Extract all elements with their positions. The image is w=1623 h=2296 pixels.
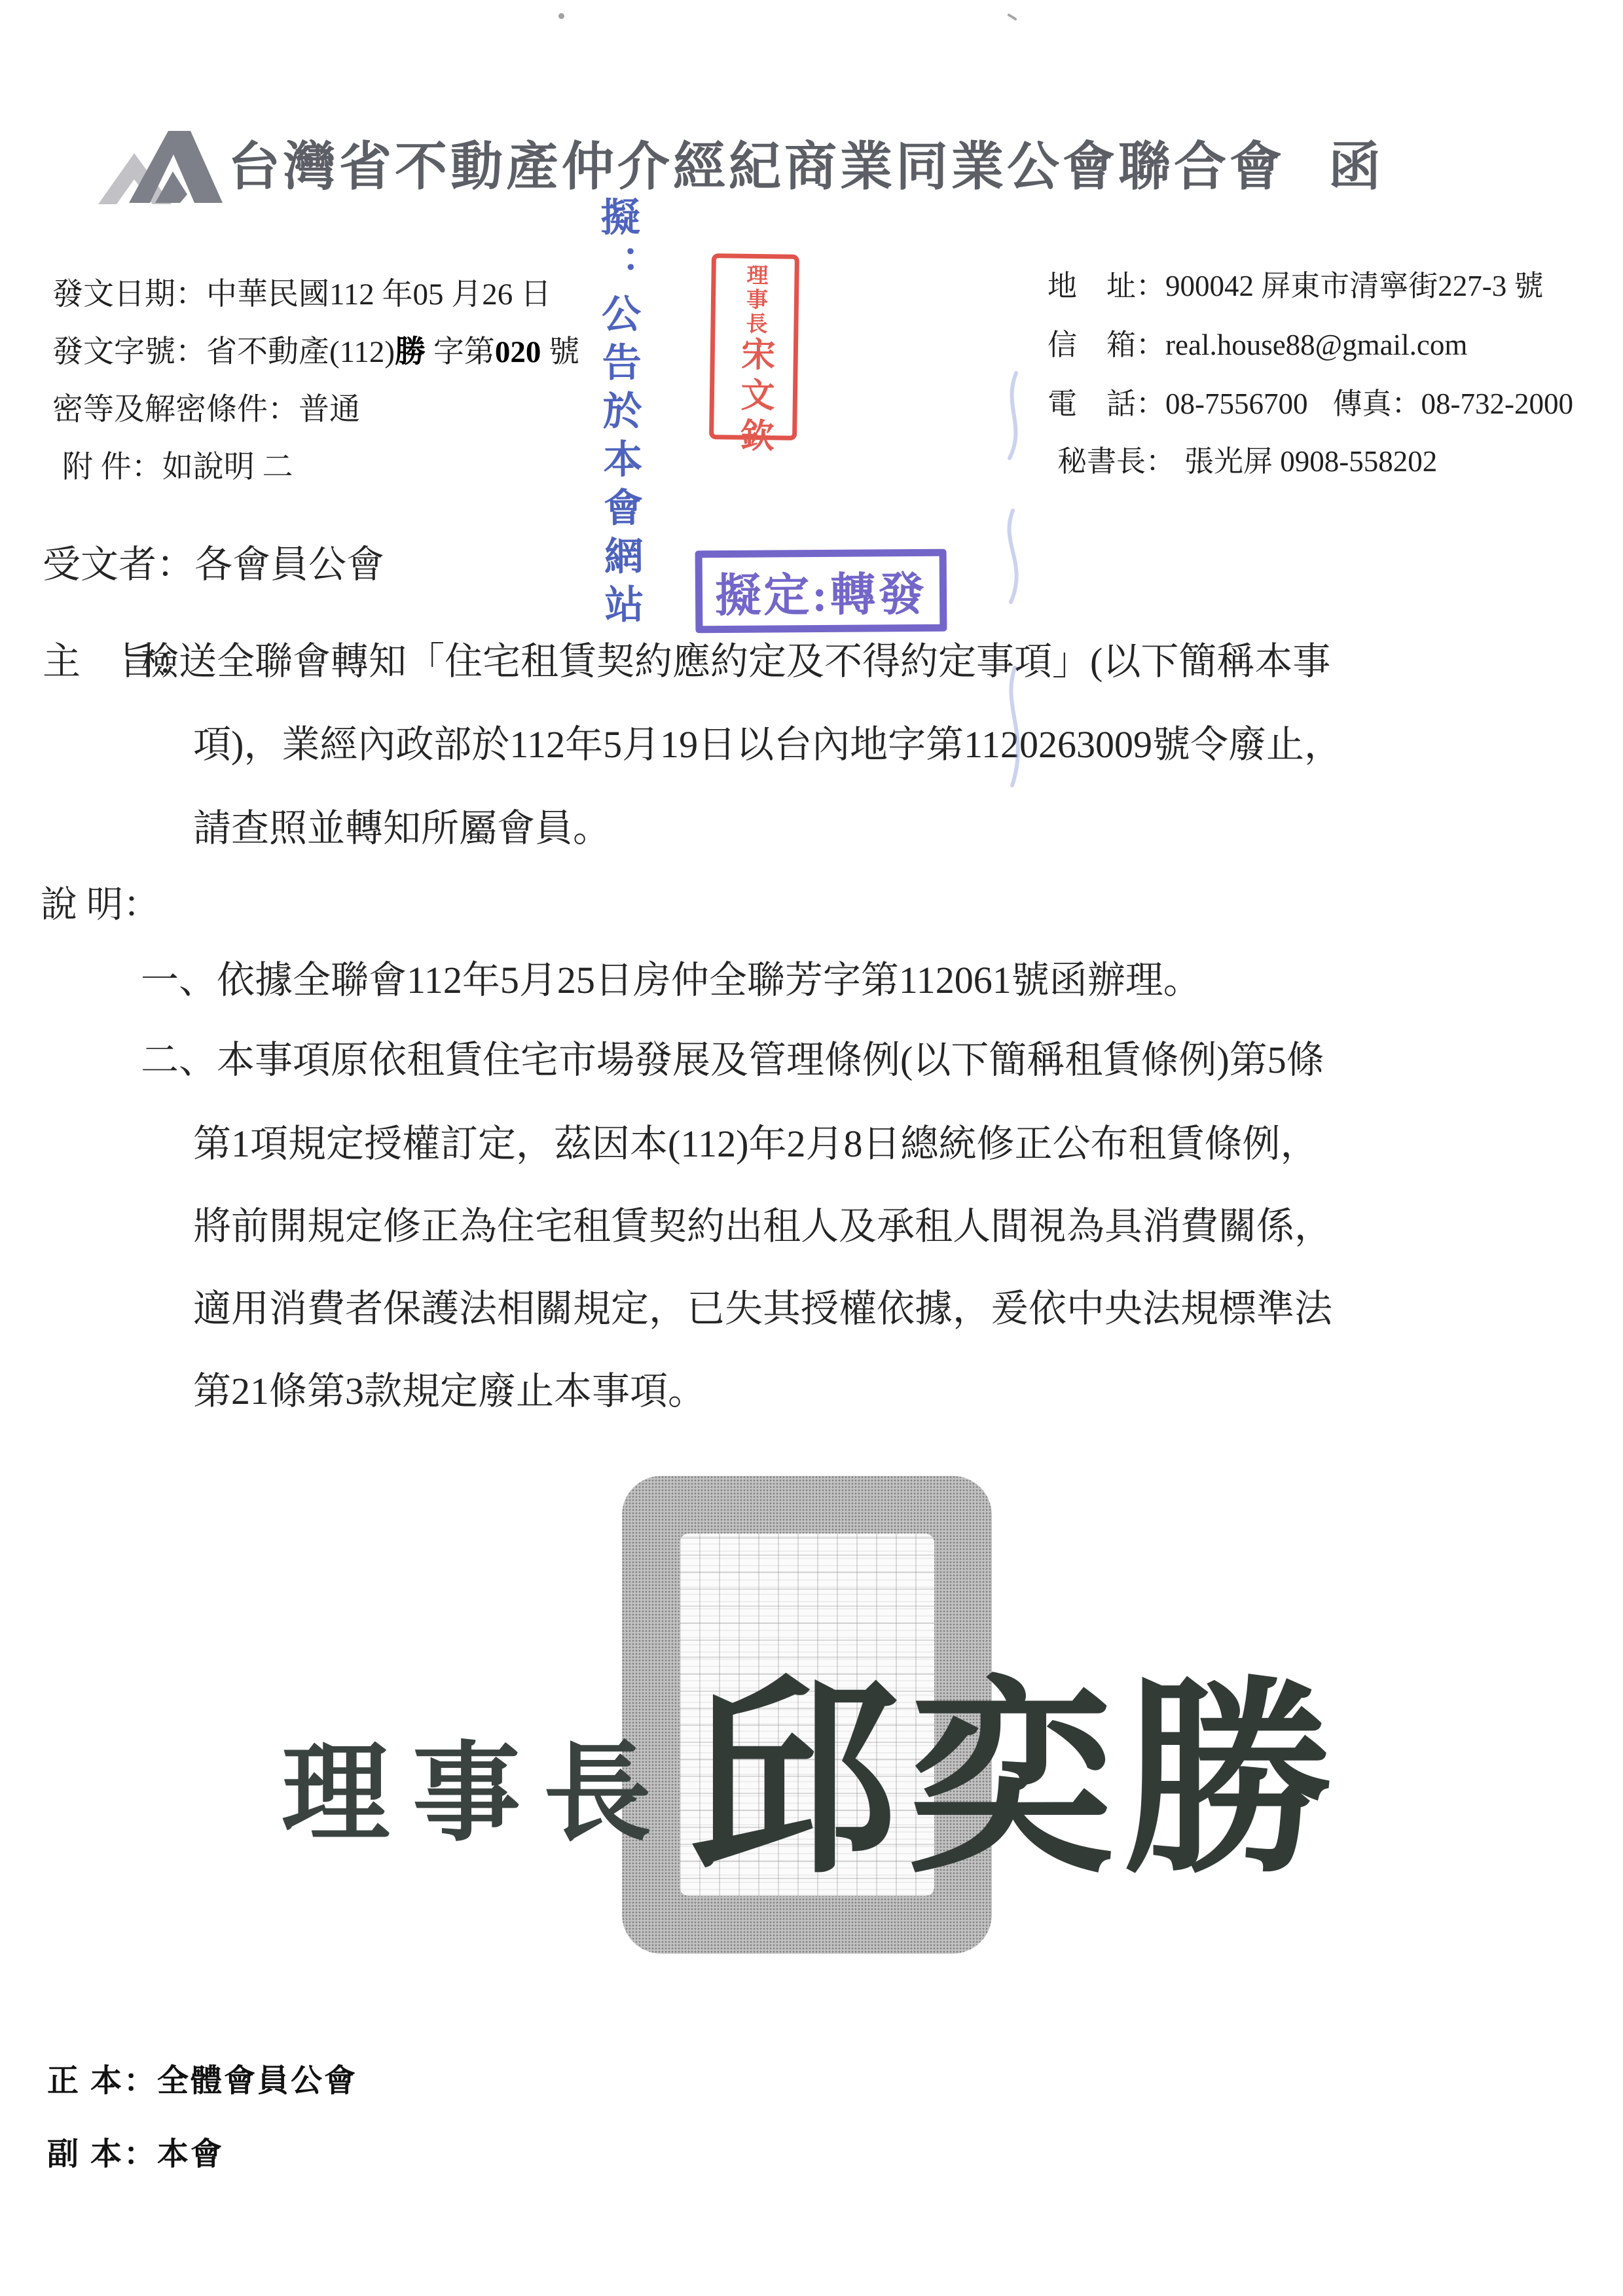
subject-line-2: 項)，業經內政部於112年5月19日以台內地字第1120263009號令廢止， [193,713,1342,768]
doc-number-label: 發文字號： [52,335,206,369]
org-name: 台灣省不動產仲介經紀商業同業公會聯合會 [228,124,1285,200]
recipient-label: 受文者： [43,543,194,586]
signature-name: 邱奕勝 [689,1611,1341,1912]
phone-label: 電 話： [1048,387,1165,420]
purple-stamp-text: 擬定:轉發 [715,557,927,624]
doc-number-word: 勝 [395,335,426,369]
subject-line-1: 檢送全聯會轉知「住宅租賃契約應約定及不得約定事項」(以下簡稱本事 [141,630,1330,685]
explanation-item-1: 一、依據全聯會112年5月25日房仲全聯芳字第112061號函辦理。 [141,949,1201,1004]
explanation-item-2-line-3: 將前開規定修正為住宅租賃契約出租人及承租人間視為具消費關係， [193,1195,1332,1250]
federation-logo-icon [95,126,223,206]
phone-fax-line: 電 話：08-7556700傳真：08-732-2000 [1048,380,1573,422]
blue-ink-annotation: 擬：公告於本會網站 [597,196,642,675]
email-line: 信 箱：real.house88@gmail.com [1048,321,1467,363]
attachment-line: 附 件：如說明 二 [62,442,293,486]
subject-line-3: 請查照並轉知所屬會員。 [193,797,611,852]
security-label: 密等及解密條件： [52,393,299,427]
secretary-label: 秘書長： [1057,445,1175,478]
recipient-value: 各會員公會 [194,543,384,586]
explanation-item-2-line-1: 二、本事項原依租賃住宅市場發展及管理條例(以下簡稱租賃條例)第5條 [141,1029,1324,1084]
doc-type: 函 [1328,124,1381,200]
security-line: 密等及解密條件：普通 [52,385,360,429]
red-stamp-text: 理事長宋文欽 [736,259,773,436]
scanned-letter-page: 台灣省不動產仲介經紀商業同業公會聯合會 函 發文日期：中華民國112 年05 月… [0,0,1623,2296]
red-chairman-stamp: 理事長宋文欽 [709,253,799,440]
address-line: 地 址：900042 屏東市清寧街227-3 號 [1048,262,1544,304]
doc-number-line: 發文字號：省不動產(112)勝 字第020 號 [52,327,579,371]
original-copy-label: 正 本： [47,2064,157,2098]
explanation-item-2-line-4: 適用消費者保護法相關規定，已失其授權依據，爰依中央法規標準法 [193,1278,1332,1333]
phone-value: 08-7556700 [1165,387,1308,420]
red-stamp-name: 宋文欽 [735,336,774,459]
original-copy-value: 全體會員公會 [157,2064,357,2098]
scan-tick-mark [1007,13,1017,21]
address-value: 900042 屏東市清寧街227-3 號 [1165,270,1544,302]
doc-number-prefix: 省不動產(112) [206,335,395,369]
document-header: 台灣省不動產仲介經紀商業同業公會聯合會 函 [228,124,1381,200]
fax-value: 08-732-2000 [1421,387,1573,420]
email-label: 信 箱： [1048,329,1165,361]
doc-number-serial: 020 [495,335,541,369]
attachment-value: 如說明 二 [162,450,293,484]
email-value: real.house88@gmail.com [1165,329,1467,361]
attachment-label: 附 件： [62,450,162,484]
issue-date-label: 發文日期： [52,278,206,312]
doc-number-suffix: 號 [541,335,579,369]
explanation-label: 說 明： [41,876,160,928]
scan-speck [558,13,564,19]
explanation-item-2-line-2: 第1項規定授權訂定，茲因本(112)年2月8日總統修正公布租賃條例， [193,1113,1318,1168]
issue-date-value: 中華民國112 年05 月26 日 [206,278,551,312]
purple-approval-stamp: 擬定:轉發 [695,549,947,634]
secretary-value: 張光屏 0908-558202 [1184,445,1437,478]
signature-title: 理事長 [282,1707,674,1862]
duplicate-copy-label: 副 本： [47,2137,157,2172]
address-label: 地 址： [1048,270,1165,302]
security-value: 普通 [299,393,360,427]
recipient-line: 受文者：各會員公會 [43,533,384,588]
doc-number-mid: 字第 [426,335,495,369]
faint-blue-scribble [990,367,1036,825]
red-stamp-title: 理事長 [742,264,767,336]
original-copy-line: 正 本：全體會員公會 [47,2055,357,2100]
issue-date-line: 發文日期：中華民國112 年05 月26 日 [52,270,551,314]
duplicate-copy-line: 副 本：本會 [47,2128,224,2174]
fax-label: 傳真： [1333,387,1421,420]
secretary-line: 秘書長：張光屏 0908-558202 [1057,437,1437,480]
duplicate-copy-value: 本會 [157,2137,224,2172]
explanation-item-2-line-5: 第21條第3款規定廢止本事項。 [193,1360,706,1415]
